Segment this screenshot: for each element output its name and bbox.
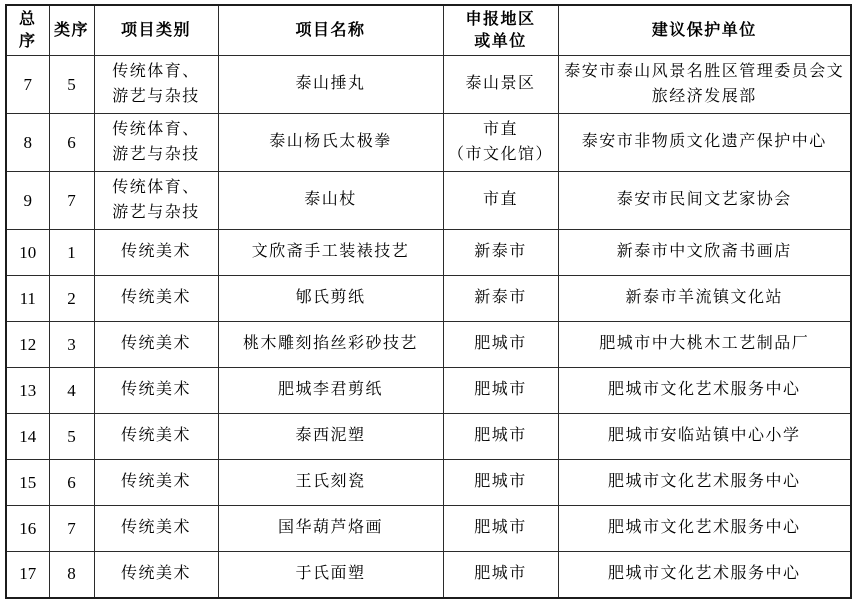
table-row: 13 4 传统美术 肥城李君剪纸 肥城市 肥城市文化艺术服务中心 (6, 368, 851, 414)
cell-region: 肥城市 (443, 414, 558, 460)
cell-overall-no: 11 (6, 276, 49, 322)
cell-region: 新泰市 (443, 230, 558, 276)
cell-project-name: 泰山捶丸 (218, 56, 443, 114)
table-row: 7 5 传统体育、 游艺与杂技 泰山捶丸 泰山景区 泰安市泰山风景名胜区管理委员… (6, 56, 851, 114)
cell-unit: 新泰市中文欣斋书画店 (558, 230, 851, 276)
header-unit: 建议保护单位 (558, 5, 851, 56)
cell-category: 传统体育、 游艺与杂技 (94, 56, 218, 114)
cell-project-name: 肥城李君剪纸 (218, 368, 443, 414)
cell-region: 市直 （市文化馆） (443, 114, 558, 172)
cell-category-no: 5 (49, 56, 94, 114)
cell-unit: 肥城市安临站镇中心小学 (558, 414, 851, 460)
cell-project-name: 于氏面塑 (218, 552, 443, 598)
cell-category-no: 3 (49, 322, 94, 368)
table-row: 9 7 传统体育、 游艺与杂技 泰山杖 市直 泰安市民间文艺家协会 (6, 172, 851, 230)
cell-region: 市直 (443, 172, 558, 230)
cell-category: 传统美术 (94, 552, 218, 598)
cell-category: 传统美术 (94, 506, 218, 552)
cell-unit: 肥城市文化艺术服务中心 (558, 506, 851, 552)
table-row: 14 5 传统美术 泰西泥塑 肥城市 肥城市安临站镇中心小学 (6, 414, 851, 460)
table-body: 7 5 传统体育、 游艺与杂技 泰山捶丸 泰山景区 泰安市泰山风景名胜区管理委员… (6, 56, 851, 598)
cell-unit: 泰安市非物质文化遗产保护中心 (558, 114, 851, 172)
cell-region: 肥城市 (443, 368, 558, 414)
cell-category-no: 7 (49, 172, 94, 230)
document-page: 总序 类序 项目类别 项目名称 申报地区 或单位 建议保护单位 7 5 传统体育… (0, 0, 854, 599)
cell-unit: 新泰市羊流镇文化站 (558, 276, 851, 322)
header-category: 项目类别 (94, 5, 218, 56)
cell-region: 泰山景区 (443, 56, 558, 114)
cell-overall-no: 16 (6, 506, 49, 552)
cell-project-name: 桃木雕刻掐丝彩砂技艺 (218, 322, 443, 368)
cell-project-name: 王氏刻瓷 (218, 460, 443, 506)
table-row: 17 8 传统美术 于氏面塑 肥城市 肥城市文化艺术服务中心 (6, 552, 851, 598)
cell-category-no: 1 (49, 230, 94, 276)
cell-region: 肥城市 (443, 552, 558, 598)
cell-region: 肥城市 (443, 460, 558, 506)
header-region: 申报地区 或单位 (443, 5, 558, 56)
cell-project-name: 泰西泥塑 (218, 414, 443, 460)
cell-category: 传统体育、 游艺与杂技 (94, 172, 218, 230)
cell-unit: 肥城市文化艺术服务中心 (558, 460, 851, 506)
cell-category-no: 5 (49, 414, 94, 460)
table-row: 16 7 传统美术 国华葫芦烙画 肥城市 肥城市文化艺术服务中心 (6, 506, 851, 552)
cell-unit: 泰安市民间文艺家协会 (558, 172, 851, 230)
cell-overall-no: 13 (6, 368, 49, 414)
cell-unit: 肥城市文化艺术服务中心 (558, 368, 851, 414)
cell-overall-no: 7 (6, 56, 49, 114)
cell-overall-no: 10 (6, 230, 49, 276)
header-project-name: 项目名称 (218, 5, 443, 56)
header-row: 总序 类序 项目类别 项目名称 申报地区 或单位 建议保护单位 (6, 5, 851, 56)
header-overall-no: 总序 (6, 5, 49, 56)
table-row: 12 3 传统美术 桃木雕刻掐丝彩砂技艺 肥城市 肥城市中大桃木工艺制品厂 (6, 322, 851, 368)
cell-unit: 肥城市文化艺术服务中心 (558, 552, 851, 598)
table-row: 8 6 传统体育、 游艺与杂技 泰山杨氏太极拳 市直 （市文化馆） 泰安市非物质… (6, 114, 851, 172)
cell-category-no: 7 (49, 506, 94, 552)
cell-project-name: 泰山杨氏太极拳 (218, 114, 443, 172)
cell-project-name: 泰山杖 (218, 172, 443, 230)
cell-region: 肥城市 (443, 506, 558, 552)
cell-overall-no: 9 (6, 172, 49, 230)
cell-category: 传统体育、 游艺与杂技 (94, 114, 218, 172)
cell-category-no: 6 (49, 460, 94, 506)
cell-category: 传统美术 (94, 276, 218, 322)
table-header: 总序 类序 项目类别 项目名称 申报地区 或单位 建议保护单位 (6, 5, 851, 56)
cell-project-name: 文欣斋手工装裱技艺 (218, 230, 443, 276)
cell-category-no: 6 (49, 114, 94, 172)
table-row: 10 1 传统美术 文欣斋手工装裱技艺 新泰市 新泰市中文欣斋书画店 (6, 230, 851, 276)
cell-project-name: 郇氏剪纸 (218, 276, 443, 322)
cell-category: 传统美术 (94, 460, 218, 506)
cell-category-no: 8 (49, 552, 94, 598)
heritage-items-table: 总序 类序 项目类别 项目名称 申报地区 或单位 建议保护单位 7 5 传统体育… (5, 4, 852, 599)
cell-overall-no: 12 (6, 322, 49, 368)
cell-category-no: 4 (49, 368, 94, 414)
cell-region: 肥城市 (443, 322, 558, 368)
cell-category: 传统美术 (94, 414, 218, 460)
cell-category: 传统美术 (94, 368, 218, 414)
cell-overall-no: 17 (6, 552, 49, 598)
cell-overall-no: 15 (6, 460, 49, 506)
cell-unit: 泰安市泰山风景名胜区管理委员会文旅经济发展部 (558, 56, 851, 114)
cell-category: 传统美术 (94, 322, 218, 368)
cell-region: 新泰市 (443, 276, 558, 322)
table-row: 15 6 传统美术 王氏刻瓷 肥城市 肥城市文化艺术服务中心 (6, 460, 851, 506)
cell-overall-no: 14 (6, 414, 49, 460)
cell-category: 传统美术 (94, 230, 218, 276)
cell-project-name: 国华葫芦烙画 (218, 506, 443, 552)
cell-category-no: 2 (49, 276, 94, 322)
table-row: 11 2 传统美术 郇氏剪纸 新泰市 新泰市羊流镇文化站 (6, 276, 851, 322)
cell-unit: 肥城市中大桃木工艺制品厂 (558, 322, 851, 368)
cell-overall-no: 8 (6, 114, 49, 172)
header-category-no: 类序 (49, 5, 94, 56)
